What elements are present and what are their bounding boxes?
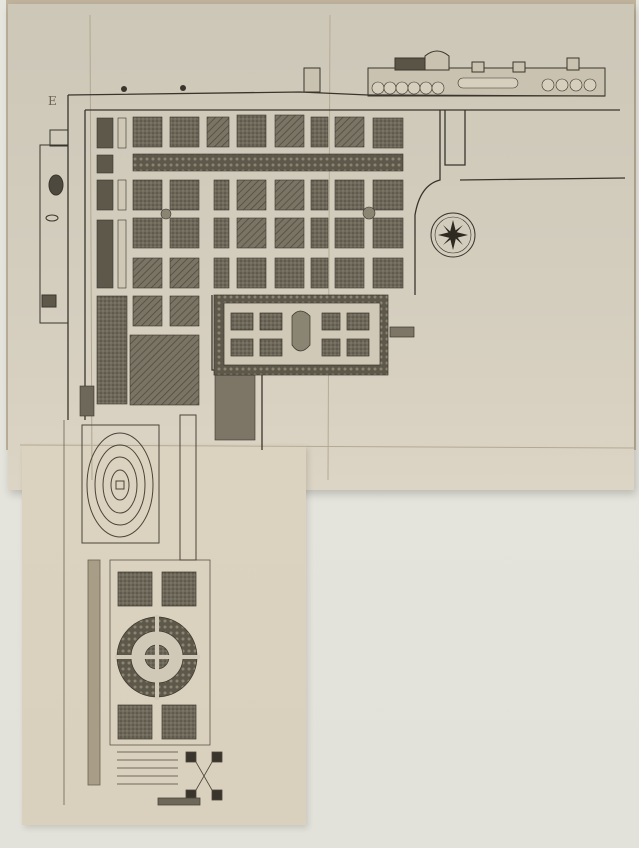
gate-post bbox=[121, 86, 127, 92]
top-building-range bbox=[304, 51, 605, 96]
kitchen-beds bbox=[117, 752, 222, 805]
compass-rose-icon bbox=[431, 213, 475, 257]
west-wing bbox=[40, 130, 68, 323]
gate-post bbox=[180, 85, 186, 91]
central-parterre bbox=[214, 295, 414, 375]
circular-garden bbox=[110, 560, 210, 745]
oval-garden bbox=[82, 415, 196, 560]
scale-mark: E bbox=[48, 94, 57, 108]
garden-plan-drawing: E bbox=[0, 0, 639, 848]
main-parterre-grid bbox=[80, 115, 403, 440]
